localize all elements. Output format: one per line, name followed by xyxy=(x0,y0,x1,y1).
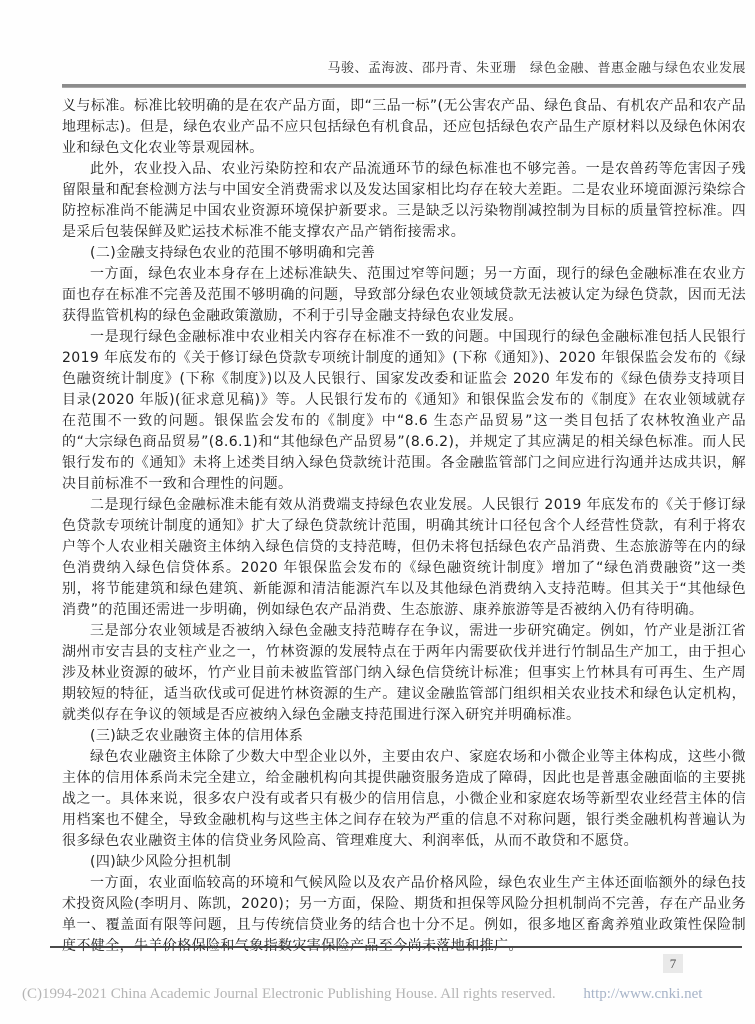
paragraph: 绿色农业融资主体除了少数大中型企业以外，主要由农户、家庭农场和小微企业等主体构成… xyxy=(62,747,746,852)
copyright-text: (C)1994-2021 China Academic Journal Elec… xyxy=(22,986,556,1002)
cnki-url: http://www.cnki.net xyxy=(583,986,702,1002)
paragraph: 一方面，绿色农业本身存在上述标准缺失、范围过窄等问题；另一方面，现行的绿色金融标… xyxy=(62,264,746,327)
running-header-text: 马骏、孟海波、邵丹青、朱亚珊 绿色金融、普惠金融与绿色农业发展 xyxy=(327,61,746,76)
paragraph: 一是现行绿色金融标准中农业相关内容存在标准不一致的问题。中国现行的绿色金融标准包… xyxy=(62,327,746,495)
article-body: 义与标准。标准比较明确的是在农产品方面，即“三品一标”(无公害农产品、绿色食品、… xyxy=(62,96,746,957)
footer-rule xyxy=(50,946,742,948)
paragraph: 此外，农业投入品、农业污染防控和农产品流通环节的绿色标准也不够完善。一是农兽药等… xyxy=(62,159,746,243)
header-rule xyxy=(62,84,746,88)
paragraph: 一方面，农业面临较高的环境和气候风险以及农产品价格风险，绿色农业生产主体还面临额… xyxy=(62,873,746,957)
paragraph: 三是部分农业领域是否被纳入绿色金融支持范畴存在争议，需进一步研究确定。例如，竹产… xyxy=(62,621,746,726)
paragraph: 二是现行绿色金融标准未能有效从消费端支持绿色农业发展。人民银行 2019 年底发… xyxy=(62,495,746,621)
section-heading: (二)金融支持绿色农业的范围不够明确和完善 xyxy=(62,243,746,264)
running-header: 马骏、孟海波、邵丹青、朱亚珊 绿色金融、普惠金融与绿色农业发展 xyxy=(62,57,746,76)
section-heading: (三)缺乏农业融资主体的信用体系 xyxy=(62,726,746,747)
paragraph-continuation: 义与标准。标准比较明确的是在农产品方面，即“三品一标”(无公害农产品、绿色食品、… xyxy=(62,96,746,159)
copyright-line: (C)1994-2021 China Academic Journal Elec… xyxy=(22,986,742,1003)
document-page: 马骏、孟海波、邵丹青、朱亚珊 绿色金融、普惠金融与绿色农业发展 义与标准。标准比… xyxy=(0,0,755,1024)
section-heading: (四)缺少风险分担机制 xyxy=(62,852,746,873)
page-number-badge: 7 xyxy=(663,954,683,973)
